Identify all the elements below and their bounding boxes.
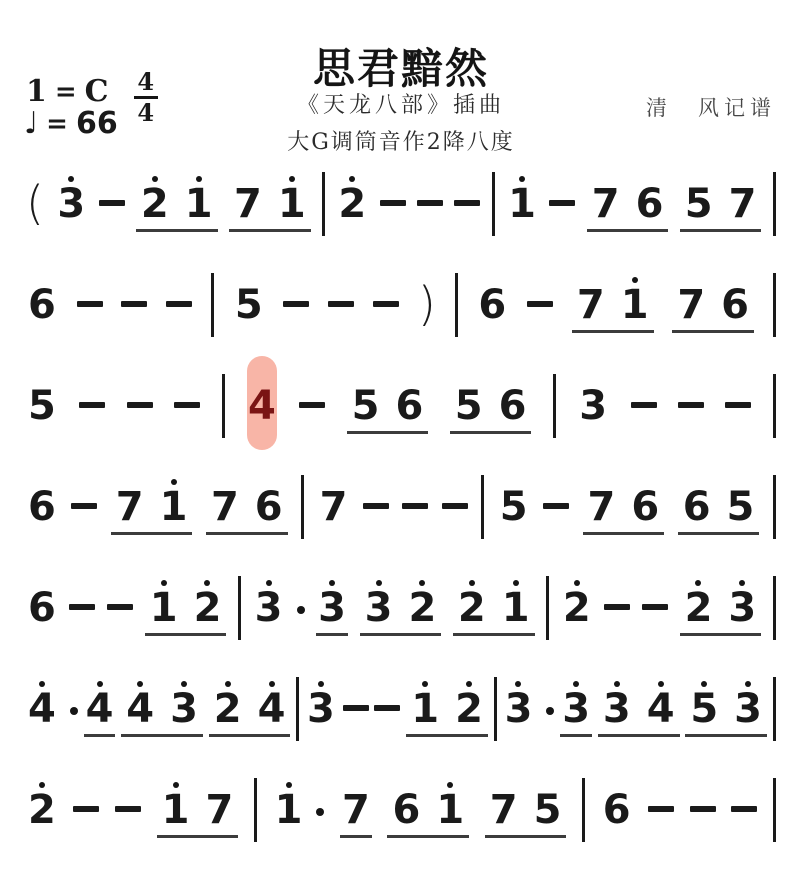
beamed-group: 53	[685, 677, 767, 737]
note-digit: 3	[318, 588, 346, 628]
dash-glyph	[166, 301, 192, 307]
note: 6	[681, 475, 713, 527]
note-group: 56	[347, 374, 429, 434]
note-digit: 3	[734, 689, 762, 729]
duration-dash	[73, 778, 99, 812]
note: 4	[26, 677, 58, 729]
duration-dash	[373, 273, 399, 307]
note-token: 5	[498, 475, 530, 527]
note-group: 57	[680, 172, 762, 232]
note-digit: 2	[28, 790, 56, 830]
note: 7	[114, 475, 146, 527]
duration-dash	[454, 172, 480, 206]
note: 5	[725, 475, 757, 527]
barline-glyph	[494, 677, 497, 741]
note: 5	[233, 273, 265, 325]
barline	[773, 273, 776, 337]
duration-dash	[442, 475, 468, 509]
note-digit: 6	[721, 285, 749, 325]
note-wrap: 6	[26, 475, 58, 527]
note-digit: 2	[408, 588, 436, 628]
note-wrap: 2	[26, 778, 58, 830]
note-digit: 5	[685, 184, 713, 224]
barline	[553, 374, 556, 438]
note-wrap: 5	[233, 273, 265, 325]
note-digit: 1	[275, 790, 303, 830]
barline-glyph	[773, 778, 776, 842]
note: 6	[26, 576, 58, 628]
barline	[296, 677, 299, 741]
note-digit: 4	[647, 689, 675, 729]
barline	[322, 172, 325, 236]
barline	[546, 576, 549, 640]
dash-glyph	[343, 705, 369, 711]
note-digit: 3	[307, 689, 335, 729]
dash-glyph	[402, 503, 428, 509]
note-digit: 7	[577, 285, 605, 325]
note-token: 6	[601, 778, 633, 830]
note-digit: 2	[194, 588, 222, 628]
barline-glyph	[773, 475, 776, 539]
duration-dash	[604, 576, 630, 610]
note-token: 3	[560, 677, 592, 737]
note-group: 17	[157, 778, 239, 838]
note-digit: 6	[636, 184, 664, 224]
note: 7	[586, 475, 618, 527]
note: 7	[232, 172, 264, 224]
duration-dash	[417, 172, 443, 206]
duration-dash	[343, 677, 369, 711]
note: 2	[456, 576, 488, 628]
note: 1	[409, 677, 441, 729]
duration-dash	[374, 677, 400, 711]
note: 2	[139, 172, 171, 224]
note-token: 6	[26, 273, 58, 325]
note-token: 5	[26, 374, 58, 426]
dash-glyph	[79, 402, 105, 408]
note-wrap: 6	[26, 576, 58, 628]
note: 4	[84, 677, 116, 737]
dash-glyph	[380, 200, 406, 206]
note-token: 3	[316, 576, 348, 636]
augmentation-dot	[316, 808, 324, 816]
note-wrap: 7	[340, 778, 372, 838]
barline	[773, 677, 776, 741]
note-token: 3	[577, 374, 609, 426]
beamed-group: 21	[453, 576, 535, 636]
note: 6	[390, 778, 422, 830]
beamed-group: 24	[209, 677, 291, 737]
note-digit: 3	[603, 689, 631, 729]
note-digit: 5	[235, 285, 263, 325]
dash-glyph	[127, 402, 153, 408]
note-wrap: 7	[318, 475, 350, 527]
sheet-music-page: 思君黯然 1 = C ♩ = 66 4 4 《天龙八部》插曲 大G调筒音作2降八…	[0, 0, 802, 884]
paren-glyph: (	[26, 174, 44, 232]
augmentation-dot	[546, 707, 554, 715]
note-digit: 4	[126, 689, 154, 729]
score: (3217121765765)6717654565636717675766561…	[0, 172, 802, 879]
duration-dash	[99, 172, 125, 206]
note-group: 32	[360, 576, 442, 636]
duration-dash	[127, 374, 153, 408]
dash-glyph	[373, 301, 399, 307]
score-line-6: 444324312333453	[0, 677, 802, 739]
dash-glyph	[77, 301, 103, 307]
duration-dash	[380, 172, 406, 206]
dash-glyph	[543, 503, 569, 509]
beamed-group: 61	[387, 778, 469, 838]
dash-glyph	[363, 503, 389, 509]
note: 3	[305, 677, 337, 729]
barline-glyph	[773, 172, 776, 236]
duration-dash	[299, 374, 325, 408]
dash-glyph	[73, 806, 99, 812]
note: 3	[316, 576, 348, 636]
note: 5	[683, 172, 715, 224]
duration-dash	[648, 778, 674, 812]
note-wrap: 3	[577, 374, 609, 426]
dash-glyph	[454, 200, 480, 206]
note-token: 3	[253, 576, 305, 628]
note: 5	[453, 374, 485, 426]
note: 2	[212, 677, 244, 729]
duration-dash	[328, 273, 354, 307]
note-digit: 2	[455, 689, 483, 729]
barline-glyph	[222, 374, 225, 438]
dash-glyph	[731, 806, 757, 812]
note-token: 3	[55, 172, 87, 224]
note-token: 6	[26, 475, 58, 527]
duration-dash	[71, 475, 97, 509]
barline-glyph	[773, 677, 776, 741]
note-token: 4	[84, 677, 116, 737]
barline	[481, 475, 484, 539]
note-digit: 4	[86, 689, 114, 729]
duration-dash	[69, 576, 95, 610]
note-digit: 6	[28, 285, 56, 325]
beamed-group: 71	[229, 172, 311, 232]
barline	[773, 374, 776, 438]
note-token: 7	[318, 475, 350, 527]
score-line-1: (32171217657	[0, 172, 802, 234]
note-digit: 2	[214, 689, 242, 729]
duration-dash	[402, 475, 428, 509]
score-line-7: 2171761756	[0, 778, 802, 840]
note-group: 71	[111, 475, 193, 535]
note-digit: 3	[170, 689, 198, 729]
note: 3	[560, 677, 592, 737]
note: 4	[124, 677, 156, 729]
note-digit: 7	[234, 184, 262, 224]
note-group: 61	[387, 778, 469, 838]
dash-glyph	[604, 604, 630, 610]
note-digit: 1	[621, 285, 649, 325]
note-token: 3	[305, 677, 337, 729]
note: 6	[476, 273, 508, 325]
note-digit: 6	[478, 285, 506, 325]
note: 4	[256, 677, 288, 729]
note-digit: 1	[162, 790, 190, 830]
note-wrap: 2	[336, 172, 368, 224]
beamed-group: 57	[680, 172, 762, 232]
duration-dash	[678, 374, 704, 408]
augmentation-dot	[70, 707, 78, 715]
note: 1	[148, 576, 180, 628]
note: 2	[561, 576, 593, 628]
note-group: 43	[121, 677, 203, 737]
beamed-group: 56	[450, 374, 532, 434]
duration-dash	[107, 576, 133, 610]
note: 1	[506, 172, 538, 224]
note-wrap: 6	[26, 273, 58, 325]
note: 3	[732, 677, 764, 729]
dash-glyph	[678, 402, 704, 408]
note-digit: 4	[258, 689, 286, 729]
note-digit: 6	[603, 790, 631, 830]
beamed-group: 76	[672, 273, 754, 333]
barline-glyph	[773, 576, 776, 640]
note: 3	[601, 677, 633, 729]
barline-glyph	[296, 677, 299, 741]
dash-glyph	[107, 604, 133, 610]
beamed-group: 43	[121, 677, 203, 737]
barline	[211, 273, 214, 337]
note-digit: 7	[206, 790, 234, 830]
note: 5	[688, 677, 720, 729]
beamed-group: 76	[206, 475, 288, 535]
duration-dash	[166, 273, 192, 307]
duration-dash	[549, 172, 575, 206]
duration-dash	[121, 273, 147, 307]
duration-dash	[690, 778, 716, 812]
note-token: 1	[506, 172, 538, 224]
note-group: 21	[136, 172, 218, 232]
duration-dash	[174, 374, 200, 408]
note-wrap: 3	[560, 677, 592, 737]
note-digit: 6	[631, 487, 659, 527]
barline-glyph	[322, 172, 325, 236]
beamed-group: 12	[145, 576, 227, 636]
note-digit: 7	[116, 487, 144, 527]
barline-glyph	[492, 172, 495, 236]
note-token: 1	[273, 778, 325, 830]
opening-paren: (	[26, 172, 44, 232]
barline	[455, 273, 458, 337]
note-digit: 6	[683, 487, 711, 527]
duration-dash	[79, 374, 105, 408]
note: 3	[577, 374, 609, 426]
note-wrap: 6	[601, 778, 633, 830]
dash-glyph	[631, 402, 657, 408]
closing-paren: )	[418, 273, 436, 333]
beamed-group: 21	[136, 172, 218, 232]
note-digit: 3	[728, 588, 756, 628]
score-line-4: 67176757665	[0, 475, 802, 537]
note: 2	[26, 778, 58, 830]
duration-dash	[283, 273, 309, 307]
note-wrap: 3	[316, 576, 348, 636]
note-group: 24	[209, 677, 291, 737]
note: 3	[363, 576, 395, 628]
note-digit: 7	[677, 285, 705, 325]
barline-glyph	[455, 273, 458, 337]
note: 4	[645, 677, 677, 729]
note-token: 7	[340, 778, 372, 838]
note-wrap: 1	[273, 778, 325, 830]
beamed-group: 65	[678, 475, 760, 535]
score-line-2: 65)67176	[0, 273, 802, 335]
barline	[773, 172, 776, 236]
note: 3	[55, 172, 87, 224]
barline-glyph	[254, 778, 257, 842]
barline	[582, 778, 585, 842]
note-digit: 5	[534, 790, 562, 830]
note-digit: 6	[28, 487, 56, 527]
note-group: 71	[572, 273, 654, 333]
dash-glyph	[71, 503, 97, 509]
note-digit: 1	[502, 588, 530, 628]
note-digit: 7	[588, 487, 616, 527]
dash-glyph	[283, 301, 309, 307]
note: 1	[160, 778, 192, 830]
beamed-group: 75	[485, 778, 567, 838]
note-wrap: 5	[498, 475, 530, 527]
note-digit: 7	[320, 487, 348, 527]
dash-glyph	[374, 705, 400, 711]
note: 7	[727, 172, 759, 224]
note: 1	[273, 778, 305, 830]
note: 2	[192, 576, 224, 628]
note-token: 2	[26, 778, 58, 830]
note: 6	[26, 273, 58, 325]
note-digit: 7	[211, 487, 239, 527]
subtitle-instrument-note: 大G调筒音作2降八度	[0, 125, 802, 156]
note-wrap: 3	[305, 677, 337, 729]
note: 7	[675, 273, 707, 325]
note-digit: 6	[395, 386, 423, 426]
dash-glyph	[725, 402, 751, 408]
dash-glyph	[69, 604, 95, 610]
note-digit: 5	[690, 689, 718, 729]
note-digit: 6	[499, 386, 527, 426]
beamed-group: 32	[360, 576, 442, 636]
note-digit: 7	[490, 790, 518, 830]
note-token: 4	[26, 677, 78, 729]
note-digit: 4	[248, 386, 276, 426]
note-group: 76	[583, 475, 665, 535]
note: 1	[434, 778, 466, 830]
note: 7	[204, 778, 236, 830]
barline-glyph	[773, 374, 776, 438]
note-group: 75	[485, 778, 567, 838]
barline	[222, 374, 225, 438]
dash-glyph	[115, 806, 141, 812]
barline-glyph	[211, 273, 214, 337]
note-digit: 5	[28, 386, 56, 426]
dash-glyph	[299, 402, 325, 408]
note-digit: 3	[562, 689, 590, 729]
note-group: 12	[145, 576, 227, 636]
beamed-group: 76	[587, 172, 669, 232]
note: 2	[336, 172, 368, 224]
note-wrap: 4	[246, 374, 278, 426]
note: 7	[590, 172, 622, 224]
note: 6	[497, 374, 529, 426]
note-digit: 3	[57, 184, 85, 224]
highlighted-note: 4	[246, 374, 278, 426]
note-group: 71	[229, 172, 311, 232]
transcriber-credit: 清 风记谱	[646, 92, 776, 122]
note-digit: 2	[141, 184, 169, 224]
beamed-group: 17	[157, 778, 239, 838]
note-wrap: 2	[561, 576, 593, 628]
note: 6	[601, 778, 633, 830]
duration-dash	[363, 475, 389, 509]
note-wrap: 4	[84, 677, 116, 737]
note-wrap: 4	[26, 677, 78, 729]
note-token: 3	[503, 677, 555, 729]
dash-glyph	[690, 806, 716, 812]
barline-glyph	[301, 475, 304, 539]
note-group: 34	[598, 677, 680, 737]
score-line-5: 612333221223	[0, 576, 802, 638]
note: 6	[26, 475, 58, 527]
note-digit: 2	[685, 588, 713, 628]
note-digit: 3	[505, 689, 533, 729]
note-digit: 6	[392, 790, 420, 830]
note-wrap: 1	[506, 172, 538, 224]
note-digit: 3	[579, 386, 607, 426]
note: 2	[453, 677, 485, 729]
augmentation-dot	[297, 606, 305, 614]
note-digit: 2	[458, 588, 486, 628]
note-digit: 2	[563, 588, 591, 628]
barline-glyph	[553, 374, 556, 438]
note-digit: 3	[255, 588, 283, 628]
note: 6	[629, 475, 661, 527]
note: 3	[726, 576, 758, 628]
note-group: 76	[672, 273, 754, 333]
note: 3	[253, 576, 285, 628]
note-digit: 5	[727, 487, 755, 527]
note-token: 4	[246, 374, 278, 426]
note-digit: 7	[342, 790, 370, 830]
barline	[773, 475, 776, 539]
note-group: 56	[450, 374, 532, 434]
note: 3	[168, 677, 200, 729]
note: 7	[488, 778, 520, 830]
beamed-group: 23	[680, 576, 762, 636]
note-group: 65	[678, 475, 760, 535]
note-digit: 1	[150, 588, 178, 628]
note: 7	[575, 273, 607, 325]
note: 1	[183, 172, 215, 224]
barline	[301, 475, 304, 539]
note: 1	[158, 475, 190, 527]
note-digit: 1	[160, 487, 188, 527]
beamed-group: 76	[583, 475, 665, 535]
note-token: 6	[476, 273, 508, 325]
note: 6	[719, 273, 751, 325]
note-digit: 5	[455, 386, 483, 426]
note-group: 21	[453, 576, 535, 636]
note: 1	[619, 273, 651, 325]
barline	[492, 172, 495, 236]
dash-glyph	[527, 301, 553, 307]
dash-glyph	[121, 301, 147, 307]
duration-dash	[642, 576, 668, 610]
